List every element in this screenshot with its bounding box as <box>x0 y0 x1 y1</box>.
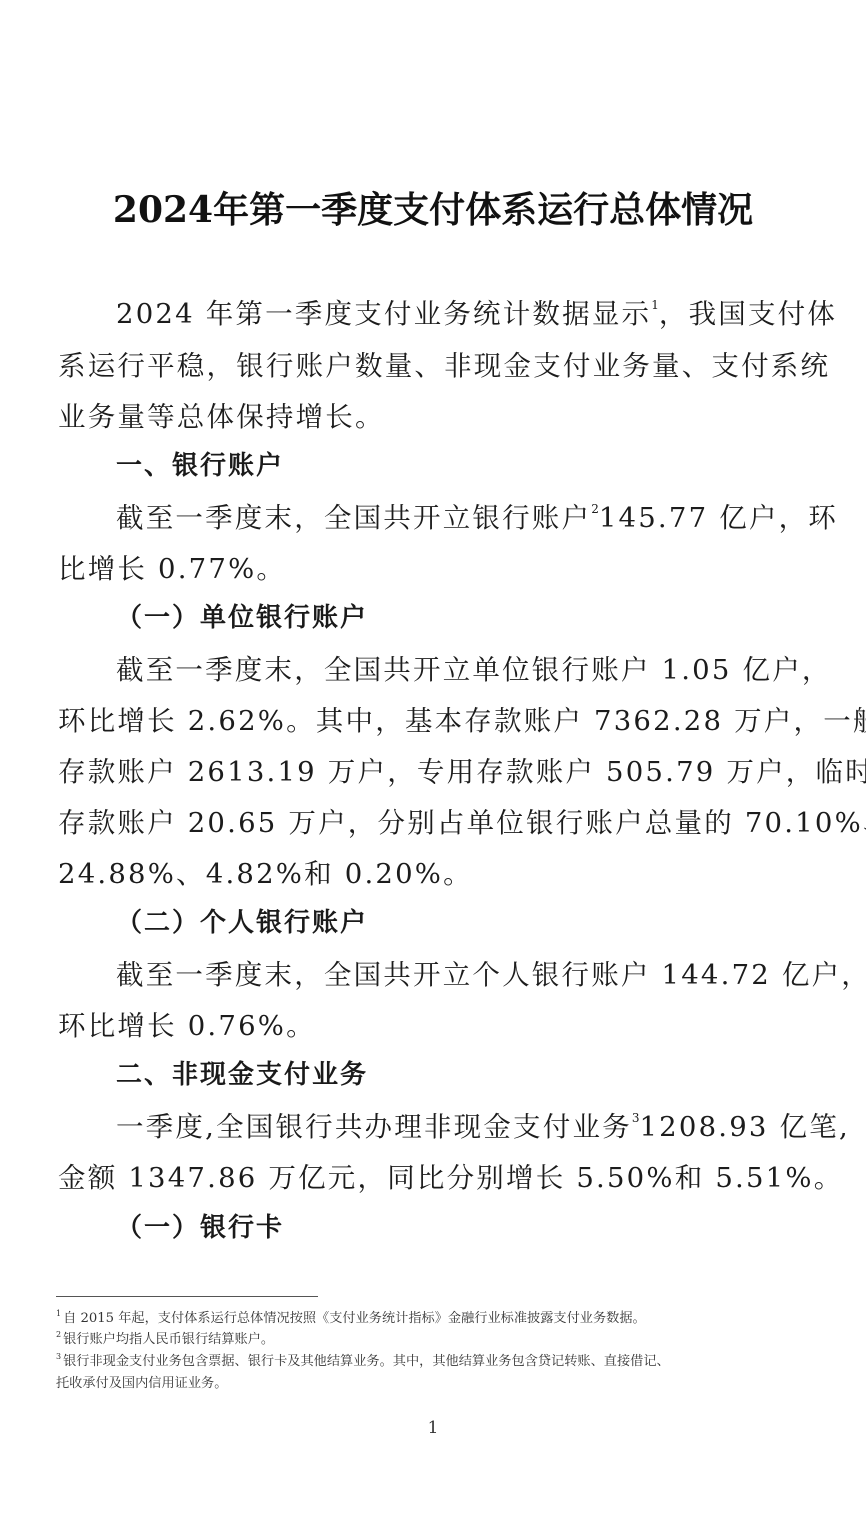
sub1-line-3: 存款账户 2613.19 万户，专用存款账户 505.79 万户，临时 <box>58 752 810 792</box>
intro-line-3: 业务量等总体保持增长。 <box>58 397 810 437</box>
section2-para-line-1: 一季度,全国银行共办理非现金支付业务31208.93 亿笔, <box>116 1107 810 1147</box>
section1-para-line-2: 比增长 0.77%。 <box>58 549 810 589</box>
intro-line-2: 系运行平稳，银行账户数量、非现金支付业务量、支付系统 <box>58 346 810 386</box>
section1-para-line-1: 截至一季度末，全国共开立银行账户2145.77 亿户，环 <box>116 498 810 538</box>
page-title: 2024年第一季度支付体系运行总体情况 <box>0 186 866 234</box>
footnote-1: 1自 2015 年起，支付体系运行总体情况按照《支付业务统计指标》金融行业标准披… <box>56 1309 816 1329</box>
subsection-heading-personal-accounts: （二）个人银行账户 <box>116 903 368 943</box>
intro-text: 2024 年第一季度支付业务统计数据显示 <box>116 298 651 330</box>
footnote-mark: 3 <box>56 1352 61 1361</box>
footnote-text: 银行非现金支付业务包含票据、银行卡及其他结算业务。其中，其他结算业务包含贷记转账… <box>63 1354 670 1369</box>
section-heading-noncash-payments: 二、非现金支付业务 <box>116 1055 368 1095</box>
footnote-3-continued: 托收承付及国内信用证业务。 <box>56 1374 816 1394</box>
intro-line-1: 2024 年第一季度支付业务统计数据显示1，我国支付体 <box>116 294 810 334</box>
subsection-heading-unit-accounts: （一）单位银行账户 <box>116 598 368 638</box>
sub1-line-1: 截至一季度末，全国共开立单位银行账户 1.05 亿户， <box>116 650 810 690</box>
paragraph-text: 145.77 亿户，环 <box>599 502 838 534</box>
paragraph-text: 一季度,全国银行共办理非现金支付业务 <box>116 1111 632 1143</box>
footnote-ref-2[interactable]: 2 <box>591 502 599 516</box>
section-heading-bank-accounts: 一、银行账户 <box>116 446 284 486</box>
section2-para-line-2: 金额 1347.86 万亿元，同比分别增长 5.50%和 5.51%。 <box>58 1158 810 1198</box>
intro-text: ，我国支付体 <box>659 298 837 330</box>
subsection-heading-bank-cards: （一）银行卡 <box>116 1208 284 1248</box>
paragraph-text: 截至一季度末，全国共开立银行账户 <box>116 502 591 534</box>
document-page: 2024年第一季度支付体系运行总体情况 2024 年第一季度支付业务统计数据显示… <box>0 0 866 1527</box>
sub1-line-2: 环比增长 2.62%。其中，基本存款账户 7362.28 万户，一般 <box>58 701 810 741</box>
paragraph-text: 1208.93 亿笔, <box>639 1111 849 1143</box>
footnote-text: 银行账户均指人民币银行结算账户。 <box>63 1332 274 1347</box>
footnote-3: 3银行非现金支付业务包含票据、银行卡及其他结算业务。其中，其他结算业务包含贷记转… <box>56 1352 816 1372</box>
footnote-text: 自 2015 年起，支付体系运行总体情况按照《支付业务统计指标》金融行业标准披露… <box>63 1311 646 1326</box>
page-number: 1 <box>0 1418 866 1438</box>
sub1-line-5: 24.88%、4.82%和 0.20%。 <box>58 854 810 894</box>
footnote-divider <box>56 1296 318 1297</box>
sub2-line-2: 环比增长 0.76%。 <box>58 1006 810 1046</box>
footnote-text: 托收承付及国内信用证业务。 <box>56 1376 227 1391</box>
footnote-mark: 2 <box>56 1330 61 1339</box>
footnote-ref-1[interactable]: 1 <box>651 298 659 312</box>
sub2-line-1: 截至一季度末，全国共开立个人银行账户 144.72 亿户， <box>116 955 810 995</box>
footnote-2: 2银行账户均指人民币银行结算账户。 <box>56 1330 816 1350</box>
footnote-mark: 1 <box>56 1309 61 1318</box>
sub1-line-4: 存款账户 20.65 万户，分别占单位银行账户总量的 70.10%、 <box>58 803 810 843</box>
